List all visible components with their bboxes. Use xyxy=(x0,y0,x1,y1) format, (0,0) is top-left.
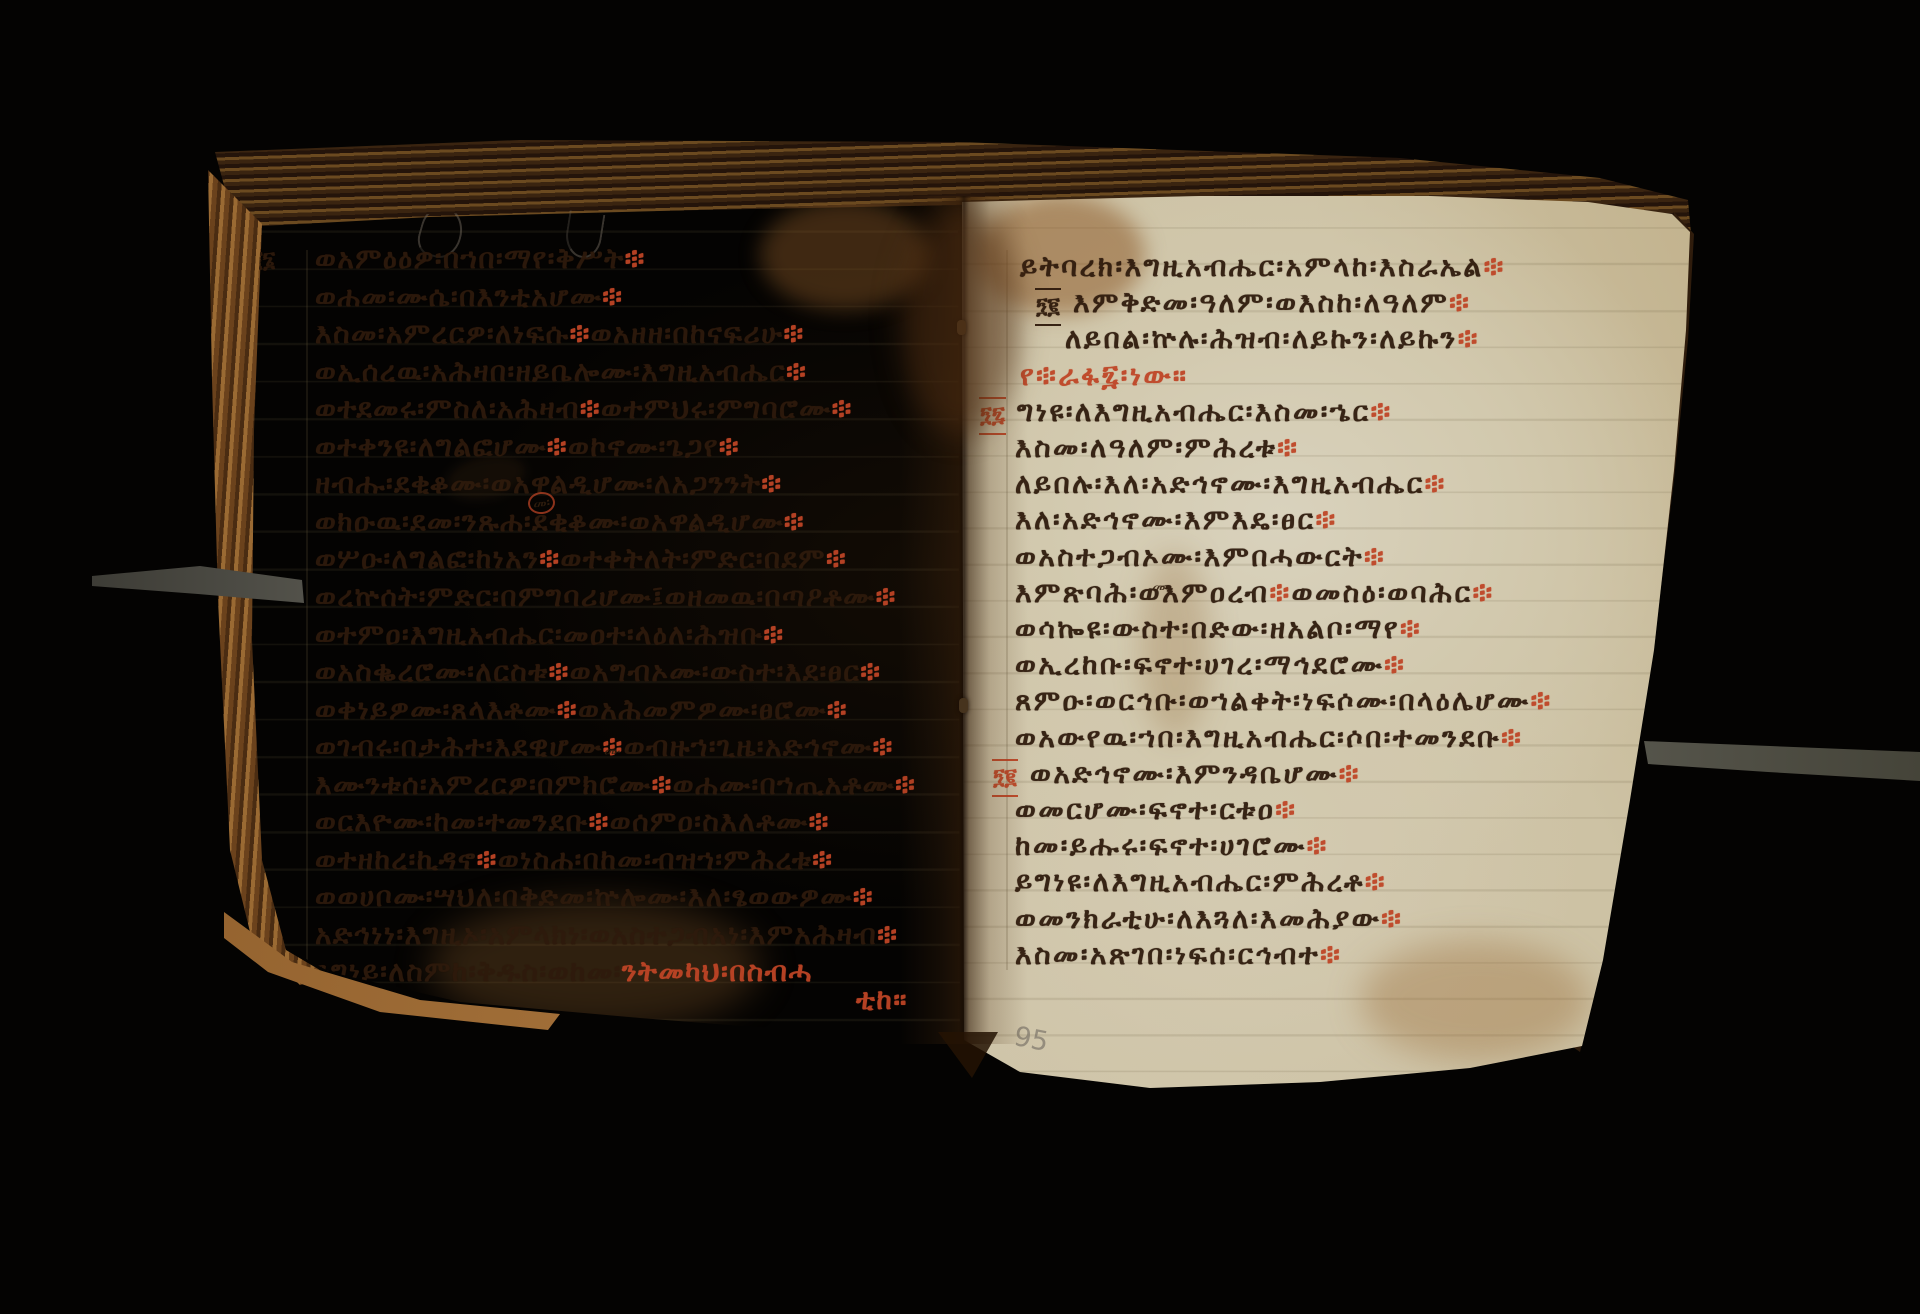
text-run: ወኢሰረዉ፡አሕዛበ፡ዘይቤሎሙ፡እግዚአብሔር xyxy=(315,355,786,388)
text-run: ወአዘዘ፡በከናፍሪሁ xyxy=(591,317,784,350)
photo-black-background: ፺፮ወአምዕዕዎ፡በኀበ፡ማየ፡ቅሥት፨ወሐመ፡ሙሴ፡በእንቲአሆሙ፨እስመ፡አ… xyxy=(0,0,1920,1314)
red-section-mark: ፨ xyxy=(570,317,591,350)
text-run: ወተቀትለት፡ምድር፡በደም xyxy=(561,542,826,575)
text-run: ወመርሆሙ፡ፍኖተ፡ርቱዐ xyxy=(1015,793,1275,826)
manuscript-text-line: እሙንቱሰ፡አምረርዎ፡በምክሮሙ፨ወሐሙ፡በኀጢአቶሙ፨ xyxy=(315,768,916,802)
text-run: እስመ፡ለዓለም፡ምሕረቱ xyxy=(1015,431,1277,464)
red-section-mark: ፨ xyxy=(1400,612,1422,645)
red-section-mark: ፨ xyxy=(809,805,830,838)
red-section-mark: ፨ xyxy=(1307,829,1329,862)
text-run: ወኢረከቡ፡ፍኖተ፡ሀገረ፡ማኅደሮሙ xyxy=(1015,648,1384,681)
red-section-mark: ፨ xyxy=(1339,757,1361,790)
red-section-mark: ፨ xyxy=(1275,793,1297,826)
manuscript-text-line: ወመንክራቲሁ፡ለእጓለ፡እመሕያው፨ xyxy=(1015,902,1403,936)
red-section-mark: ፨ xyxy=(873,730,894,763)
manuscript-text-line: ወረኵሰት፡ምድር፡በምግባሪሆሙ፤ወዘመዉ፡በጣዖቶሙ፨ xyxy=(315,580,897,614)
manuscript-text-line: ጸምዑ፡ወርኅቡ፡ወኀልቀት፡ነፍሶሙ፡በላዕሌሆሙ፨ xyxy=(1015,684,1553,718)
red-section-mark: ፨ xyxy=(786,355,807,388)
red-section-mark: ፨ xyxy=(1381,902,1403,935)
manuscript-text-line: ወሐመ፡ሙሴ፡በእንቲአሆሙ፨ xyxy=(315,280,623,314)
manuscript-text-line: ፺፪እምቅድመ፡ዓለም፡ወእስከ፡ለዓለም፨ xyxy=(1073,286,1471,320)
red-section-mark: ፨ xyxy=(877,918,898,951)
red-section-mark: ፨ xyxy=(625,242,646,275)
text-run: ወአስተጋብኦሙ፡እምበሓውርት xyxy=(1015,540,1364,573)
manuscript-text-line: ፺፯ግነዩ፡ለእግዚአብሔር፡እስመ፡ኄር፨ xyxy=(1017,395,1393,429)
text-run: ወተቀንዩ፡ለግልፎሆሙ xyxy=(315,430,547,463)
red-section-mark: ፨ xyxy=(1269,576,1291,609)
text-run: ወሐመ፡ሙሴ፡በእንቲአሆሙ xyxy=(315,280,602,313)
sewing-station xyxy=(959,698,968,713)
red-section-mark: ፨ xyxy=(557,693,578,726)
manuscript-text-line: ይግነዩ፡ለእግዚአብሔር፡ምሕረቶ፨ xyxy=(1015,865,1387,899)
red-section-mark: ፨ xyxy=(1425,467,1447,500)
red-section-mark: ፨ xyxy=(1384,648,1406,681)
manuscript-text-line: እስመ፡አጽገበ፡ነፍሰ፡ርኅብተ፨ xyxy=(1015,938,1342,972)
text-run: ወገብሩ፡በታሕተ፡እደዊሆሙ xyxy=(315,730,603,763)
red-section-mark: ፨ xyxy=(1036,359,1058,392)
manuscript-text-line: ወክዑዉ፡ደመ፡ንጹሐ፡ደቂቆሙ፡ወአዋልዲሆሙ፨ xyxy=(315,505,805,539)
text-run: እስመ፡አጽገበ፡ነፍሰ፡ርኅብተ xyxy=(1015,938,1320,971)
manuscript-text-line: ከመ፡ይሑሩ፡ፍኖተ፡ሀገሮሙ፨ xyxy=(1015,829,1329,863)
red-section-mark: ፨ xyxy=(652,768,673,801)
text-run: ራፋ፯፡ነው። xyxy=(1058,359,1188,392)
sewing-station xyxy=(957,320,966,335)
manuscript-text-line: ወተምዐ፡እግዚአብሔር፡መዐተ፡ላዕለ፡ሕዝቡ፨ xyxy=(315,618,785,652)
text-run: ወኮኖሙ፡ጌጋየ xyxy=(568,430,719,463)
red-section-mark: ፨ xyxy=(602,280,623,313)
manuscript-text-line: ወአውየዉ፡ኀበ፡እግዚአብሔር፡ሶበ፡ተመንደቡ፨ xyxy=(1015,721,1523,755)
text-run: ንትመካህ፡በስብሓ xyxy=(622,955,813,988)
red-section-mark: ፨ xyxy=(1365,865,1387,898)
red-section-mark: ፨ xyxy=(580,392,601,425)
manuscript-text-line: ይትባረክ፡እግዚአብሔር፡አምላከ፡እስራኤል፨ xyxy=(1020,250,1506,284)
text-run: ወብዙኀ፡ጊዜ፡አድኅኖሙ xyxy=(624,730,873,763)
text-run: ወአድኅኖሙ፡እምንዳቤሆሙ xyxy=(1030,757,1339,790)
red-section-mark: ፨ xyxy=(1320,938,1342,971)
red-section-mark: ፨ xyxy=(1449,286,1471,319)
text-run: ወአምዕዕዎ፡በኀበ፡ማየ፡ቅሥት xyxy=(315,242,625,275)
manuscript-text-line: ወተደመሩ፡ምስለ፡አሕዛብ፨ወተምህሩ፡ምግባሮሙ፨ xyxy=(315,392,853,426)
manuscript-text-line: ወመርሆሙ፡ፍኖተ፡ርቱዐ፨ xyxy=(1015,793,1297,827)
manuscript-text-line: እስመ፡አምረርዎ፡ለነፍሱ፨ወአዘዘ፡በከናፍሪሁ፨ xyxy=(315,317,805,351)
red-section-mark: ፨ xyxy=(1484,250,1506,283)
manuscript-text-line: ፺፮ወአምዕዕዎ፡በኀበ፡ማየ፡ቅሥት፨ xyxy=(315,242,646,276)
red-section-mark: ፨ xyxy=(832,392,853,425)
red-section-mark: ፨ xyxy=(477,843,498,876)
manuscript-text-line: ንግነይ፡ለስምከ፡ቅዱስ፡ወከመ፡ንትመካህ፡በስብሓ xyxy=(315,955,813,989)
red-section-mark: ፨ xyxy=(860,655,881,688)
text-run: ግነዩ፡ለእግዚአብሔር፡እስመ፡ኄር xyxy=(1017,395,1371,428)
manuscript-text-line: ፺፪ወአድኅኖሙ፡እምንዳቤሆሙ፨ xyxy=(1030,757,1361,791)
text-run: ወተምዐ፡እግዚአብሔር፡መዐተ፡ላዕለ፡ሕዝቡ xyxy=(315,618,763,651)
text-run: እምጽባሕ፡ወእምዐረብ xyxy=(1015,576,1269,609)
text-run: ወሦዑ፡ለግልፎ፡ከነአን xyxy=(315,542,539,575)
manuscript-text-line: አድኅነነ፡እግዚኦ፡አምላክነ፡ወአስተጋብአነ፡እምአሕዛብ፨ xyxy=(315,918,898,952)
text-run: ለይበል፡ኵሉ፡ሕዝብ፡ለይኩን፡ለይኩን xyxy=(1065,322,1458,355)
manuscript-text-line: ወኢረከቡ፡ፍኖተ፡ሀገረ፡ማኅደሮሙ፨ xyxy=(1015,648,1406,682)
parchment-stain xyxy=(1360,940,1590,1060)
red-section-mark: ፨ xyxy=(1458,322,1480,355)
red-section-mark: ፨ xyxy=(1371,395,1393,428)
red-section-mark: ፨ xyxy=(1277,431,1299,464)
text-run: አድኅነነ፡እግዚኦ፡አምላክነ፡ወአስተጋብአነ፡እምአሕዛብ xyxy=(315,918,877,951)
text-run: ወአውየዉ፡ኀበ፡እግዚአብሔር፡ሶበ፡ተመንደቡ xyxy=(1015,721,1501,754)
red-section-mark: ፨ xyxy=(827,693,848,726)
red-section-mark: ፨ xyxy=(547,430,568,463)
text-run: ወአሕመምዎሙ፡ፀሮሙ xyxy=(578,693,827,726)
text-run: ይግነዩ፡ለእግዚአብሔር፡ምሕረቶ xyxy=(1015,865,1365,898)
text-run: ወነስሐ፡በከመ፡ብዝኀ፡ምሕረቱ xyxy=(498,843,812,876)
text-run: እስመ፡አምረርዎ፡ለነፍሱ xyxy=(315,317,570,350)
psalm-number-marginal: ፺፪ xyxy=(1035,288,1061,326)
manuscript-text-line: እለ፡አድኅኖሙ፡እምእዴ፡ፀር፨ xyxy=(1015,503,1338,537)
manuscript-text-line: እምጽባሕ፡ወእምዐረብ፨ወመስዕ፡ወባሕር፨ xyxy=(1015,576,1495,610)
text-run: ከመ፡ይሑሩ፡ፍኖተ፡ሀገሮሙ xyxy=(1015,829,1307,862)
red-section-mark: ፨ xyxy=(812,843,833,876)
text-run: እምቅድመ፡ዓለም፡ወእስከ፡ለዓለም xyxy=(1073,286,1449,319)
manuscript-text-line: ወሦዑ፡ለግልፎ፡ከነአን፨ወተቀትለት፡ምድር፡በደም፨ xyxy=(315,542,847,576)
red-section-mark: ፨ xyxy=(826,542,847,575)
text-run: ወተምህሩ፡ምግባሮሙ xyxy=(601,392,832,425)
text-run: ወተደመሩ፡ምስለ፡አሕዛብ xyxy=(315,392,580,425)
manuscript-text-line: ለይበሉ፡እለ፡አድኅኖሙ፡እግዚአብሔር፨ xyxy=(1015,467,1447,501)
red-section-mark: ፨ xyxy=(1364,540,1386,573)
red-section-mark: ፨ xyxy=(783,317,804,350)
manuscript-text-line: ወርእዮሙ፡ከመ፡ተመንደቡ፨ወሰምዐ፡ስእለቶሙ፨ xyxy=(315,805,830,839)
red-section-mark: ፨ xyxy=(763,618,784,651)
red-section-mark: ፨ xyxy=(761,467,782,500)
manuscript-text-line: ወወሀቦሙ፡ሣህለ፡በቅድመ፡ኵሎሙ፡እለ፡ፄወውዎሙ፨ xyxy=(315,880,874,914)
manuscript-text-line: ወተቀንዩ፡ለግልፎሆሙ፨ወኮኖሙ፡ጌጋየ፨ xyxy=(315,430,740,464)
interlinear-correction: ሙ xyxy=(604,742,621,760)
manuscript-text-line: ወአስተጋብኦሙ፡እምበሓውርት፨ xyxy=(1015,540,1386,574)
text-run: ወሳኰዩ፡ውስተ፡በድው፡ዘአልቦ፡ማየ xyxy=(1015,612,1400,645)
manuscript-text-line: እስመ፡ለዓለም፡ምሕረቱ፨ xyxy=(1015,431,1299,465)
text-run: ይትባረክ፡እግዚአብሔር፡አምላከ፡እስራኤል xyxy=(1020,250,1484,283)
text-run: ወአስቈረሮሙ፡ለርስቱ xyxy=(315,655,549,688)
text-run: ወአግብኦሙ፡ውስተ፡እደ፡ፀር xyxy=(570,655,860,688)
text-run: ለይበሉ፡እለ፡አድኅኖሙ፡እግዚአብሔር xyxy=(1015,467,1425,500)
red-section-mark: ፨ xyxy=(876,580,897,613)
manuscript-text-line: ለይበል፡ኵሉ፡ሕዝብ፡ለይኩን፡ለይኩን፨ xyxy=(1065,322,1480,356)
text-run: ወሐሙ፡በኀጢአቶሙ xyxy=(673,768,895,801)
manuscript-text-line: ወተዘከረ፡ኪዳኖ፨ወነስሐ፡በከመ፡ብዝኀ፡ምሕረቱ፨ xyxy=(315,843,833,877)
text-run: ወሰምዐ፡ስእለቶሙ xyxy=(610,805,809,838)
interlinear-correction: ሙ xyxy=(1152,578,1169,596)
text-run: እለ፡አድኅኖሙ፡እምእዴ፡ፀር xyxy=(1015,503,1315,536)
red-section-mark: ፨ xyxy=(719,430,740,463)
red-section-mark: ፨ xyxy=(1501,721,1523,754)
red-section-mark: ፨ xyxy=(539,542,560,575)
manuscript-text-line: ወኢሰረዉ፡አሕዛበ፡ዘይቤሎሙ፡እግዚአብሔር፨ xyxy=(315,355,807,389)
text-run: ወቀነይዎሙ፡ጸላእቶሙ xyxy=(315,693,557,726)
margin-ruling-line xyxy=(306,250,308,990)
red-section-mark: ፨ xyxy=(1472,576,1494,609)
manuscript-text-line: ወሳኰዩ፡ውስተ፡በድው፡ዘአልቦ፡ማየ፨ xyxy=(1015,612,1422,646)
manuscript-text-line: የ፨ራፋ፯፡ነው። xyxy=(1020,359,1188,393)
text-run: ወመስዕ፡ወባሕር xyxy=(1292,576,1473,609)
text-run: ወመንክራቲሁ፡ለእጓለ፡እመሕያው xyxy=(1015,902,1381,935)
manuscript-text-line: ወቀነይዎሙ፡ጸላእቶሙ፨ወአሕመምዎሙ፡ፀሮሙ፨ xyxy=(315,693,848,727)
text-run: ወርእዮሙ፡ከመ፡ተመንደቡ xyxy=(315,805,589,838)
red-section-mark: ፨ xyxy=(549,655,570,688)
text-run: ወወሀቦሙ፡ሣህለ፡በቅድመ፡ኵሎሙ፡እለ፡ፄወውዎሙ xyxy=(315,880,853,913)
red-section-mark: ፨ xyxy=(853,880,874,913)
text-run: ጸምዑ፡ወርኅቡ፡ወኀልቀት፡ነፍሶሙ፡በላዕሌሆሙ xyxy=(1015,684,1530,717)
red-section-mark: ፨ xyxy=(1315,503,1337,536)
text-run: እሙንቱሰ፡አምረርዎ፡በምክሮሙ xyxy=(315,768,652,801)
red-section-mark: ፨ xyxy=(589,805,610,838)
manuscript-text-line: ወአስቈረሮሙ፡ለርስቱ፨ወአግብኦሙ፡ውስተ፡እደ፡ፀር፨ xyxy=(315,655,881,689)
red-section-mark: ፨ xyxy=(1530,684,1552,717)
text-run: ወረኵሰት፡ምድር፡በምግባሪሆሙ፤ወዘመዉ፡በጣዖቶሙ xyxy=(315,580,876,613)
red-section-mark: ፨ xyxy=(784,505,805,538)
text-run: ወተዘከረ፡ኪዳኖ xyxy=(315,843,477,876)
